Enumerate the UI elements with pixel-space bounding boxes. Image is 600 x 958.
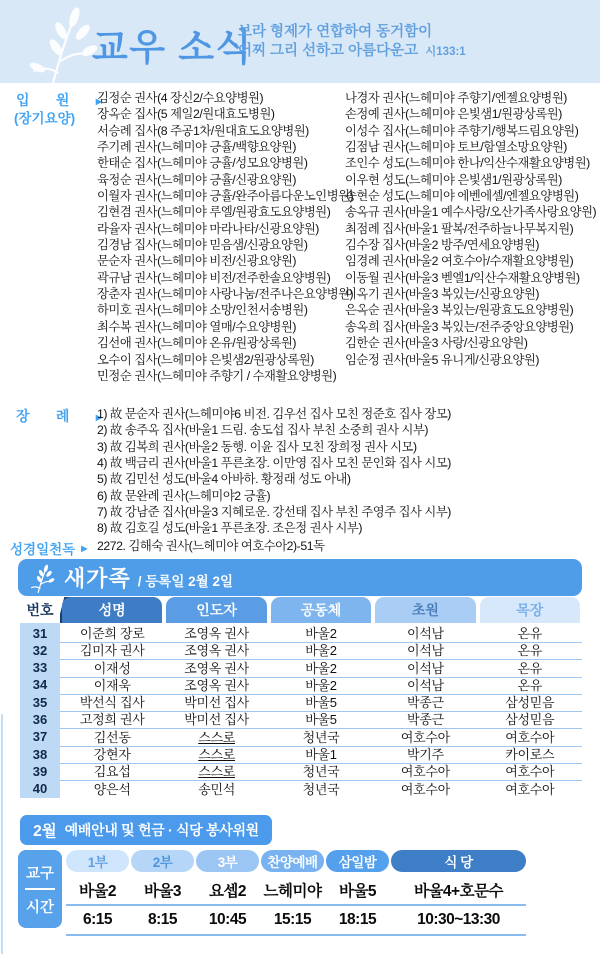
entry-line: 8) 故 김호길 성도(바울1 푸른초장. 조은정 권사 시부): [97, 520, 577, 536]
entry-line: 곽규남 권사(느헤미야 비전/전주한솔요양병원): [97, 270, 343, 286]
worship-month: 2월: [33, 819, 57, 841]
entry-line: 김수장 집사(바울2 방주/연세요양병원): [345, 237, 597, 253]
verse-line1: 보라 형제가 연합하여 동거함이: [238, 23, 466, 42]
worship-title-text: 예배안내 및 헌금 · 식당 봉사위원: [65, 820, 259, 840]
district-cell: 요셉2: [196, 876, 259, 904]
hospital-right-list: 나경자 권사(느헤미야 주향기/엔젤요양병원)손정예 권사(느헤미야 은빛샘1/…: [345, 90, 597, 368]
entry-line: 서승례 집사(8 주공1차/원대효도요양병원): [97, 123, 343, 139]
verse-reference: 시133:1: [425, 46, 466, 58]
entry-line: 김경남 집사(느헤미야 믿음샘/신광요양원): [97, 237, 343, 253]
worship-column-header: 삼일밤: [326, 850, 389, 872]
row-header-district: 교구: [26, 862, 54, 883]
table-row: 35박선식 집사박미선 집사바울5박종근삼성믿음: [20, 692, 582, 709]
entry-line: 송현순 성도(느헤미야 에벤에셀/엔젤요양병원): [345, 188, 597, 204]
entry-line: 최수복 권사(느헤미야 열매/수요양병원): [97, 319, 343, 335]
entry-line: 김현겸 권사(느헤미야 루엘/원광효도요양병원): [97, 204, 343, 220]
worship-time-row: 6:158:1510:4515:1518:1510:30~13:30: [66, 906, 526, 934]
new-family-title: 새가족: [64, 562, 131, 593]
district-cell: 바울4+호문수: [391, 876, 526, 904]
table-row: 38강현자스스로바울1박기주카이로스: [20, 744, 582, 761]
entry-line: 한태순 집사(느헤미야 긍휼/성모요양병원): [97, 155, 343, 171]
entry-line: 손정예 권사(느헤미야 은빛샘1/원광상록원): [345, 106, 597, 122]
entry-line: 장춘자 권사(느헤미야 사랑나눔/전주나은요양병원): [97, 286, 343, 302]
entry-line: 이동월 권사(바울3 벧엘1/익산수재활요양병원): [345, 270, 597, 286]
column-header: 목장: [480, 597, 580, 623]
district-cell: 느헤미야: [261, 876, 324, 904]
bulletin-page: 교우 소식 보라 형제가 연합하여 동거함이 어찌 그리 선하고 아름다운고시1…: [0, 0, 600, 958]
table-cell: 여호수아: [478, 779, 582, 798]
entry-line: 김정순 권사(4 장신2/수요양병원): [97, 90, 343, 106]
worship-district-row: 바울2바울3요셉2느헤미야바울5바울4+호문수: [66, 876, 526, 904]
row-header-time: 시간: [26, 896, 54, 917]
table-row: 40양은석송민석청년국여호수아여호수아: [20, 779, 582, 796]
new-family-header-row: 번호 성명인도자공동체초원목장: [20, 597, 582, 623]
table-row: 39김요섭스스로청년국여호수아여호수아: [20, 761, 582, 778]
section-label-bible-reading: 성경일천독▶: [10, 538, 87, 558]
entry-line: 5) 故 김민선 성도(바울4 아바하. 황정래 성도 아내): [97, 471, 577, 487]
time-cell: 8:15: [131, 906, 194, 934]
entry-line: 하미호 권사(느헤미야 소망/인천서송병원): [97, 302, 343, 318]
entry-line: 라율자 권사(느헤미야 마라나타/신광요양원): [97, 221, 343, 237]
worship-column-header: 1부: [66, 850, 129, 872]
entry-line: 조인수 성도(느헤미야 한나/익산수재활요양병원): [345, 155, 597, 171]
column-header: 초원: [375, 597, 475, 623]
bible-reading-text: 2272. 김해숙 권사(느헤미야 여호수아2)-51독: [97, 538, 325, 554]
worship-row-headers: 교구 시간: [18, 850, 62, 928]
table-cell: 여호수아: [373, 779, 477, 798]
table-row: 31이준희 장로조영옥 권사바울2이석남온유: [20, 623, 582, 640]
district-cell: 바울5: [326, 876, 389, 904]
worship-section-title: 2월 예배안내 및 헌금 · 식당 봉사위원: [20, 815, 272, 845]
entry-line: 최점례 집사(바울1 팔복/전주하늘나무복지원): [345, 221, 597, 237]
verse-text: 보라 형제가 연합하여 동거함이 어찌 그리 선하고 아름다운고시133:1: [238, 23, 466, 62]
new-family-table: 번호 성명인도자공동체초원목장 31이준희 장로조영옥 권사바울2이석남온유32…: [20, 597, 582, 796]
new-family-subtitle: / 등록일 2월 2일: [138, 570, 233, 590]
entry-line: 1) 故 문순자 권사(느헤미야6 비전. 김우선 집사 모친 정준호 집사 장…: [97, 406, 577, 422]
table-cell: 송민석: [164, 779, 268, 798]
column-header: 인도자: [166, 597, 266, 623]
district-cell: 바울3: [131, 876, 194, 904]
table-row: 33이재성조영옥 권사바울2이석남온유: [20, 658, 582, 675]
hospital-left-list: 김정순 권사(4 장신2/수요양병원)장옥순 집사(5 제일2/원대효도병원)서…: [97, 90, 343, 384]
column-header: 공동체: [271, 597, 371, 623]
worship-column-header: 식 당: [391, 850, 526, 872]
page-title: 교우 소식: [92, 17, 253, 71]
entry-line: 2) 故 송주옥 집사(바울1 드림. 송도섭 집사 부친 소중희 권사 시부): [97, 422, 577, 438]
time-cell: 18:15: [326, 906, 389, 934]
entry-line: 7) 故 강남준 집사(바울3 지혜로운. 강선태 집사 부친 주영주 집사 시…: [97, 504, 577, 520]
time-cell: 10:45: [196, 906, 259, 934]
entry-line: 3) 故 김복희 권사(바울2 동행. 이윤 집사 모친 장희정 권사 시모): [97, 439, 577, 455]
entry-line: 이옥기 권사(바울3 복있는/신광요양원): [345, 286, 597, 302]
entry-line: 송옥희 집사(바울3 복있는/전주중앙요양병원): [345, 319, 597, 335]
new-family-header-bar: 새가족 / 등록일 2월 2일: [18, 559, 582, 596]
entry-line: 장옥순 집사(5 제일2/원대효도병원): [97, 106, 343, 122]
entry-line: 오수이 집사(느헤미야 은빛샘2/원광상록원): [97, 352, 343, 368]
leaf-branch-icon: [28, 562, 58, 594]
entry-line: 이성수 집사(느헤미야 주향기/행복드림요양원): [345, 123, 597, 139]
entry-line: 김한순 권사(바울3 사랑/신광요양원): [345, 335, 597, 351]
worship-column-header: 3부: [196, 850, 259, 872]
new-family-rows: 31이준희 장로조영옥 권사바울2이석남온유32김미자 권사조영옥 권사바울2이…: [20, 623, 582, 796]
entry-line: 임순정 권사(바울5 유니게/신광요양원): [345, 352, 597, 368]
entry-line: 6) 故 문완례 권사(느헤미야2 긍휼): [97, 488, 577, 504]
entry-line: 임경례 권사(바울2 여호수아/수재활요양병원): [345, 253, 597, 269]
worship-table: 1부2부3부찬양예배삼일밤식 당 바울2바울3요셉2느헤미야바울5바울4+호문수…: [66, 850, 526, 936]
row-header-divider: [25, 888, 55, 890]
table-cell: 양은석: [60, 779, 164, 798]
entry-line: 송옥규 권사(바울1 예수사랑/오산가족사랑요양원): [345, 204, 597, 220]
entry-line: 나경자 권사(느헤미야 주향기/엔젤요양병원): [345, 90, 597, 106]
time-cell: 10:30~13:30: [391, 906, 526, 934]
page-edge-line: [1, 714, 3, 954]
row-separator: [66, 934, 526, 936]
section-label-funeral: 장례▶: [16, 406, 102, 426]
entry-line: 이우현 성도(느헤미야 은빛샘1/원광상록원): [345, 172, 597, 188]
column-header-number: 번호: [20, 597, 60, 623]
worship-column-header: 찬양예배: [261, 850, 324, 872]
entry-line: 민정순 권사(느헤미야 주향기 / 수재활요양병원): [97, 368, 343, 384]
page-header: 교우 소식 보라 형제가 연합하여 동거함이 어찌 그리 선하고 아름다운고시1…: [0, 0, 600, 83]
table-cell: 청년국: [269, 779, 373, 798]
entry-line: 은옥순 권사(바울3 복있는/원광효도요양병원): [345, 302, 597, 318]
entry-line: 김점남 권사(느헤미야 토브/함열소망요양원): [345, 139, 597, 155]
district-cell: 바울2: [66, 876, 129, 904]
section-label-hospital-sub: (장기요양): [14, 107, 75, 127]
entry-line: 김선애 권사(느헤미야 온유/원광상록원): [97, 335, 343, 351]
table-row: 37김선동스스로청년국여호수아여호수아: [20, 727, 582, 744]
verse-line2: 어찌 그리 선하고 아름다운고시133:1: [238, 42, 466, 62]
arrow-icon: ▶: [81, 544, 87, 553]
funeral-list: 1) 故 문순자 권사(느헤미야6 비전. 김우선 집사 모친 정준호 집사 장…: [97, 406, 577, 537]
time-cell: 15:15: [261, 906, 324, 934]
cell-number: 40: [20, 779, 60, 798]
worship-column-header: 2부: [131, 850, 194, 872]
worship-column-pills: 1부2부3부찬양예배삼일밤식 당: [66, 850, 526, 872]
entry-line: 문순자 권사(느헤미야 비전/신광요양원): [97, 253, 343, 269]
table-row: 32김미자 권사조영옥 권사바울2이석남온유: [20, 640, 582, 657]
table-row: 36고정희 권사박미선 집사바울5박종근삼성믿음: [20, 709, 582, 726]
entry-line: 주기례 권사(느헤미야 긍휼/백향요양원): [97, 139, 343, 155]
entry-line: 육정순 권사(느헤미야 긍휼/신광요양원): [97, 172, 343, 188]
table-row: 34이재욱조영옥 권사바울2이석남온유: [20, 675, 582, 692]
column-header: 성명: [62, 597, 162, 623]
time-cell: 6:15: [66, 906, 129, 934]
entry-line: 4) 故 백금리 권사(바울1 푸른초장. 이만영 집사 모친 문인화 집사 시…: [97, 455, 577, 471]
entry-line: 이월자 권사(느헤미야 긍휼/완주아름다운노인병원): [97, 188, 343, 204]
